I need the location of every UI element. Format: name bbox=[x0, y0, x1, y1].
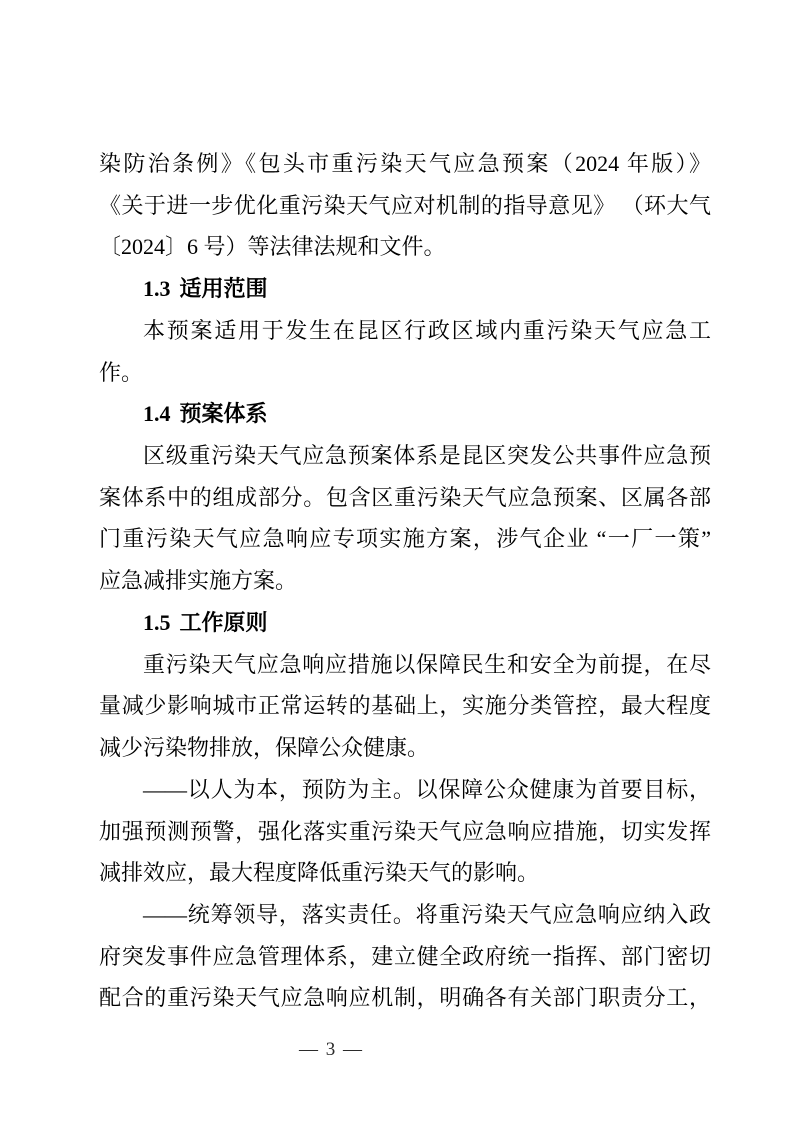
text-line: 门重污染天气应急响应专项实施方案，涉气企业 “一厂一策” bbox=[99, 518, 711, 560]
text-line: ——统筹领导，落实责任。将重污染天气应急响应纳入政 bbox=[99, 894, 711, 936]
text-line: 区级重污染天气应急预案体系是昆区突发公共事件应急预 bbox=[99, 435, 711, 477]
section-heading-1-4: 1.4预案体系 bbox=[99, 393, 711, 435]
section-heading-1-3: 1.3适用范围 bbox=[99, 268, 711, 310]
section-heading-1-5: 1.5工作原则 bbox=[99, 602, 711, 644]
document-body: 染防治条例》《包头市重污染天气应急预案（2024 年版）》 《关于进一步优化重污… bbox=[99, 143, 711, 1019]
section-number: 1.4 bbox=[143, 401, 171, 426]
section-title: 适用范围 bbox=[180, 276, 268, 301]
text-line: 应急减排实施方案。 bbox=[99, 560, 711, 602]
text-line: 作。 bbox=[99, 352, 711, 394]
text-line: 配合的重污染天气应急响应机制，明确各有关部门职责分工， bbox=[99, 977, 711, 1019]
text-line: 加强预测预警，强化落实重污染天气应急响应措施，切实发挥 bbox=[99, 811, 711, 853]
text-line: 量减少影响城市正常运转的基础上，实施分类管控，最大程度 bbox=[99, 685, 711, 727]
document-page: 染防治条例》《包头市重污染天气应急预案（2024 年版）》 《关于进一步优化重污… bbox=[0, 0, 793, 1122]
text-line: 染防治条例》《包头市重污染天气应急预案（2024 年版）》 bbox=[99, 143, 711, 185]
section-title: 预案体系 bbox=[180, 401, 268, 426]
text-line: 府突发事件应急管理体系，建立健全政府统一指挥、部门密切 bbox=[99, 936, 711, 978]
text-line: 减少污染物排放，保障公众健康。 bbox=[99, 727, 711, 769]
text-line: 本预案适用于发生在昆区行政区域内重污染天气应急工 bbox=[99, 310, 711, 352]
text-line: 减排效应，最大程度降低重污染天气的影响。 bbox=[99, 852, 711, 894]
page-number: — 3 — bbox=[299, 1038, 362, 1062]
section-title: 工作原则 bbox=[180, 610, 268, 635]
text-line: ——以人为本，预防为主。以保障公众健康为首要目标， bbox=[99, 769, 711, 811]
text-line: 〔2024〕6 号）等法律法规和文件。 bbox=[99, 226, 711, 268]
section-number: 1.5 bbox=[143, 610, 171, 635]
text-line: 重污染天气应急响应措施以保障民生和安全为前提，在尽 bbox=[99, 644, 711, 686]
text-line: 《关于进一步优化重污染天气应对机制的指导意见》 （环大气 bbox=[99, 185, 711, 227]
text-line: 案体系中的组成部分。包含区重污染天气应急预案、区属各部 bbox=[99, 477, 711, 519]
section-number: 1.3 bbox=[143, 276, 171, 301]
